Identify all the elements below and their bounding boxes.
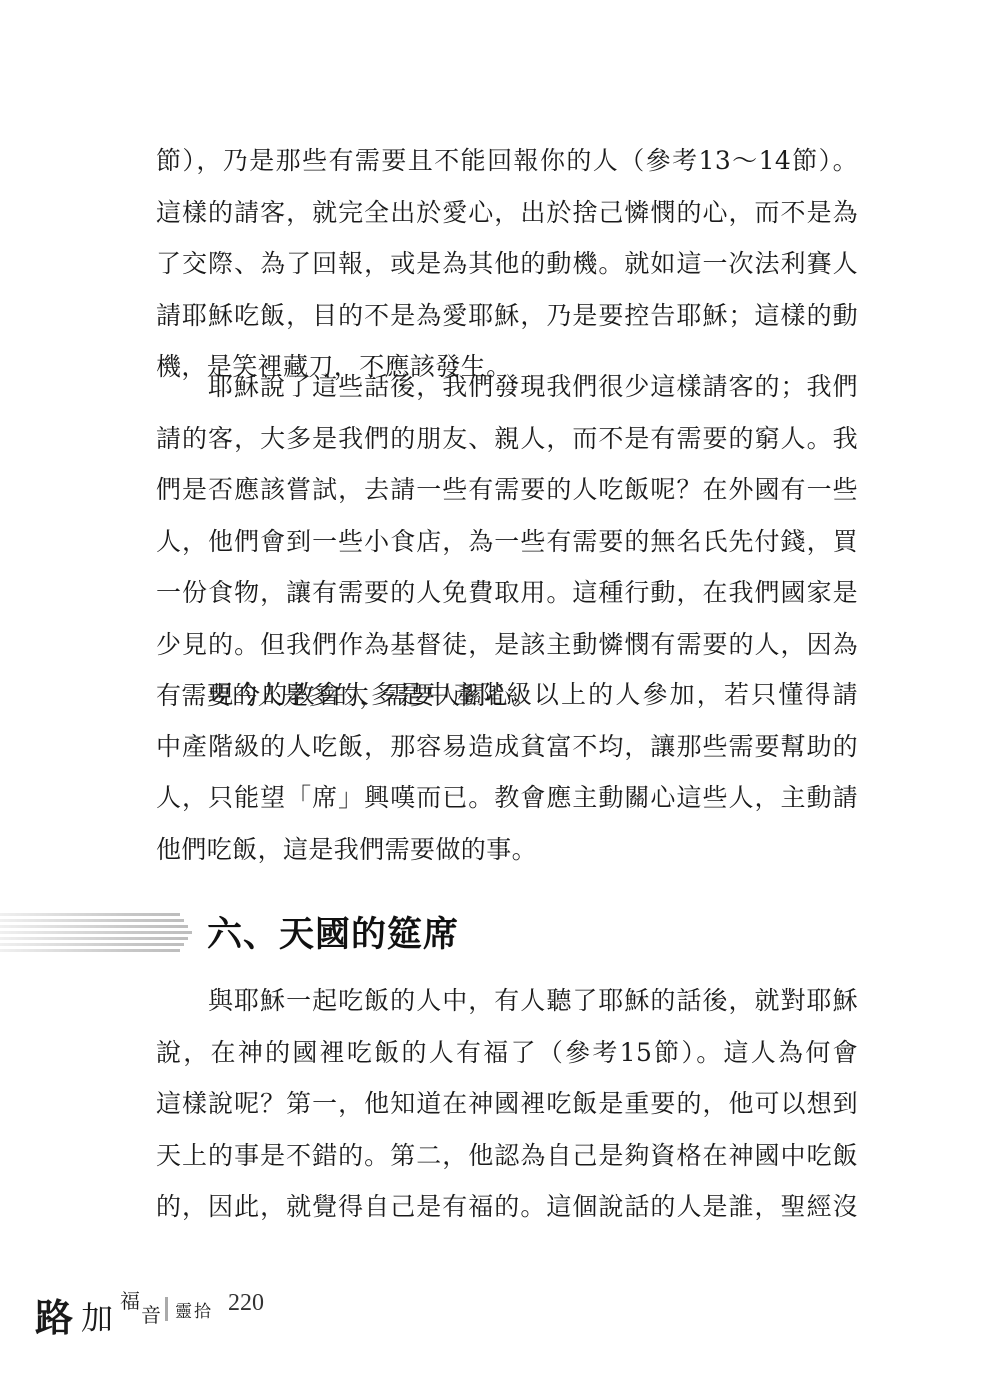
book-title-char: 福 <box>120 1285 140 1314</box>
decorative-stripes-icon <box>0 911 192 955</box>
book-title-char: 加 <box>81 1293 113 1339</box>
paragraph-2: 耶穌說了這些話後，我們發現我們很少這樣請客的；我們 請的客，大多是我們的朋友、親… <box>156 361 858 722</box>
text-line: 人，他們會到一些小食店，為一些有需要的無名氏先付錢，買 <box>156 516 858 568</box>
text-line: 他們吃飯，這是我們需要做的事。 <box>156 824 858 876</box>
text-line: 節），乃是那些有需要且不能回報你的人（參考13～14節）。 <box>156 135 858 187</box>
text-line: 這樣說呢？第一，他知道在神國裡吃飯是重要的，他可以想到 <box>156 1078 858 1130</box>
paragraph-continued: 節），乃是那些有需要且不能回報你的人（參考13～14節）。 這樣的請客，就完全出… <box>156 135 858 393</box>
text-line: 這樣的請客，就完全出於愛心，出於捨己憐憫的心，而不是為 <box>156 187 858 239</box>
page-number: 220 <box>228 1290 264 1317</box>
text-line: 們是否應該嘗試，去請一些有需要的人吃飯呢？在外國有一些 <box>156 464 858 516</box>
text-line: 耶穌說了這些話後，我們發現我們很少這樣請客的；我們 <box>156 361 858 413</box>
text-line: 現今的教會大多是中產階級以上的人參加，若只懂得請 <box>156 669 858 721</box>
text-line: 少見的。但我們作為基督徒，是該主動憐憫有需要的人，因為 <box>156 619 858 671</box>
book-title-char: 音 <box>141 1299 161 1328</box>
section-heading: 六、天國的筵席 <box>0 905 520 965</box>
paragraph-3: 現今的教會大多是中產階級以上的人參加，若只懂得請 中產階級的人吃飯，那容易造成貧… <box>156 669 858 875</box>
section-paragraph: 與耶穌一起吃飯的人中，有人聽了耶穌的話後，就對耶穌 說，在神的國裡吃飯的人有福了… <box>156 975 858 1233</box>
text-line: 天上的事是不錯的。第二，他認為自己是夠資格在神國中吃飯 <box>156 1130 858 1182</box>
text-line: 人，只能望「席」興嘆而已。教會應主動關心這些人，主動請 <box>156 772 858 824</box>
section-title: 六、天國的筵席 <box>207 905 459 965</box>
book-page: 節），乃是那些有需要且不能回報你的人（參考13～14節）。 這樣的請客，就完全出… <box>0 0 1000 1390</box>
text-line: 請的客，大多是我們的朋友、親人，而不是有需要的窮人。我 <box>156 413 858 465</box>
footer-divider <box>165 1297 168 1321</box>
text-line: 的，因此，就覺得自己是有福的。這個說話的人是誰，聖經沒 <box>156 1181 858 1233</box>
text-line: 請耶穌吃飯，目的不是為愛耶穌，乃是要控告耶穌；這樣的動 <box>156 290 858 342</box>
text-line: 了交際、為了回報，或是為其他的動機。就如這一次法利賽人 <box>156 238 858 290</box>
text-line: 說，在神的國裡吃飯的人有福了（參考15節）。這人為何會 <box>156 1027 858 1079</box>
text-line: 一份食物，讓有需要的人免費取用。這種行動，在我們國家是 <box>156 567 858 619</box>
text-line: 中產階級的人吃飯，那容易造成貧富不均，讓那些需要幫助的 <box>156 721 858 773</box>
book-title-char: 路 <box>35 1287 73 1342</box>
series-name: 靈拾 <box>175 1297 213 1322</box>
text-line: 與耶穌一起吃飯的人中，有人聽了耶穌的話後，就對耶穌 <box>156 975 858 1027</box>
